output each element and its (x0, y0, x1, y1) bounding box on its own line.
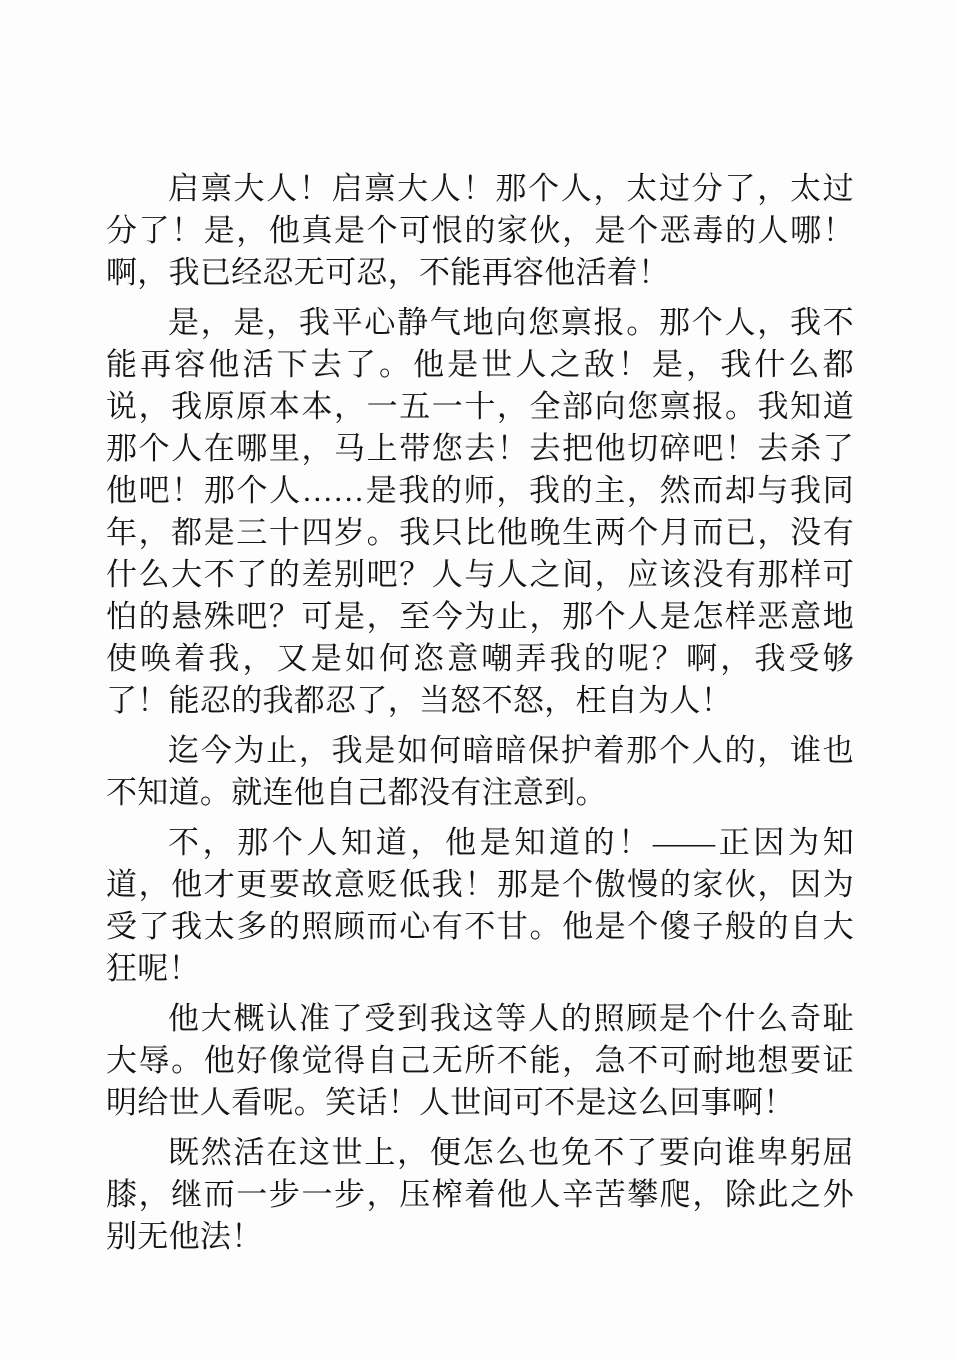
paragraph-2: 是，是，我平心静气地向您禀报。那个人，我不能再容他活下去了。他是世人之敌！是，我… (106, 302, 854, 722)
paragraph-1: 启禀大人！启禀大人！那个人，太过分了，太过分了！是，他真是个可恨的家伙，是个恶毒… (106, 168, 854, 294)
paragraph-4: 不，那个人知道，他是知道的！——正因为知道，他才更要故意贬低我！那是个傲慢的家伙… (106, 822, 854, 990)
body-text: 启禀大人！启禀大人！那个人，太过分了，太过分了！是，他真是个可恨的家伙，是个恶毒… (106, 168, 854, 1258)
paragraph-5: 他大概认准了受到我这等人的照顾是个什么奇耻大辱。他好像觉得自己无所不能，急不可耐… (106, 998, 854, 1124)
book-page: 启禀大人！启禀大人！那个人，太过分了，太过分了！是，他真是个可恨的家伙，是个恶毒… (0, 0, 956, 1360)
paragraph-3: 迄今为止，我是如何暗暗保护着那个人的，谁也不知道。就连他自己都没有注意到。 (106, 730, 854, 814)
paragraph-6: 既然活在这世上，便怎么也免不了要向谁卑躬屈膝，继而一步一步，压榨着他人辛苦攀爬，… (106, 1132, 854, 1258)
